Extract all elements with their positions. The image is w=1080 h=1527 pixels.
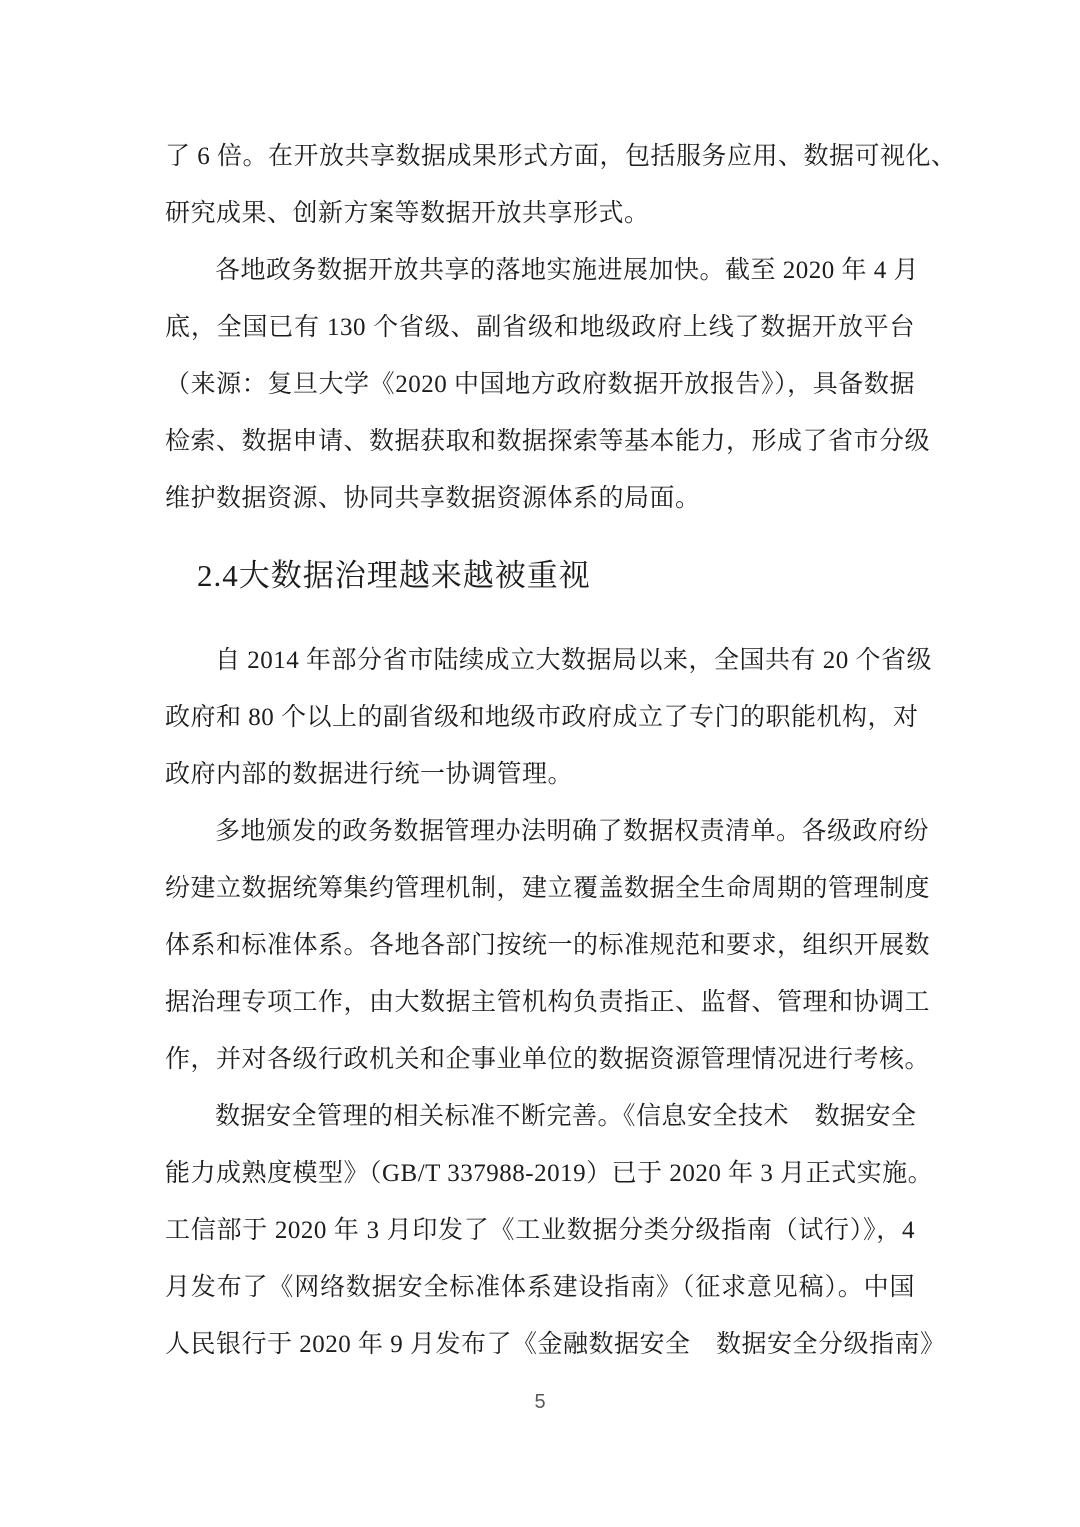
text-line: 体系和标准体系。各地各部门按统一的标准规范和要求，组织开展数 — [165, 917, 915, 974]
paragraph-data-governance: 多地颁发的政务数据管理办法明确了数据权责清单。各级政府纷 纷建立数据统筹集约管理… — [165, 803, 915, 1088]
text-line: 据治理专项工作，由大数据主管机构负责指正、监督、管理和协调工 — [165, 974, 915, 1031]
text-line: 各地政务数据开放共享的落地实施进展加快。截至 2020 年 4 月 — [165, 242, 915, 299]
text-line: 检索、数据申请、数据获取和数据探索等基本能力，形成了省市分级 — [165, 413, 915, 470]
paragraph-data-security-standards: 数据安全管理的相关标准不断完善。《信息安全技术 数据安全 能力成熟度模型》（GB… — [165, 1088, 915, 1373]
text-line: 作，并对各级行政机关和企事业单位的数据资源管理情况进行考核。 — [165, 1031, 915, 1088]
text-line: 能力成熟度模型》（GB/T 337988-2019）已于 2020 年 3 月正… — [165, 1145, 915, 1202]
text-line: 政府和 80 个以上的副省级和地级市政府成立了专门的职能机构，对 — [165, 689, 915, 746]
text-line: 月发布了《网络数据安全标准体系建设指南》（征求意见稿）。中国 — [165, 1259, 915, 1316]
text-line: 工信部于 2020 年 3 月印发了《工业数据分类分级指南（试行）》，4 — [165, 1202, 915, 1259]
paragraph-big-data-bureaus: 自 2014 年部分省市陆续成立大数据局以来，全国共有 20 个省级 政府和 8… — [165, 632, 915, 803]
text-line: 纷建立数据统筹集约管理机制，建立覆盖数据全生命周期的管理制度 — [165, 860, 915, 917]
text-line: 数据安全管理的相关标准不断完善。《信息安全技术 数据安全 — [165, 1088, 915, 1145]
text-line: （来源：复旦大学《2020 中国地方政府数据开放报告》），具备数据 — [165, 356, 915, 413]
text-line: 自 2014 年部分省市陆续成立大数据局以来，全国共有 20 个省级 — [165, 632, 915, 689]
paragraph-open-share-results: 了 6 倍。在开放共享数据成果形式方面，包括服务应用、数据可视化、 研究成果、创… — [165, 128, 915, 242]
text-line: 研究成果、创新方案等数据开放共享形式。 — [165, 185, 915, 242]
text-line: 人民银行于 2020 年 9 月发布了《金融数据安全 数据安全分级指南》 — [165, 1316, 915, 1373]
document-page: 了 6 倍。在开放共享数据成果形式方面，包括服务应用、数据可视化、 研究成果、创… — [0, 0, 1080, 1527]
page-number: 5 — [534, 1391, 545, 1413]
text-line: 政府内部的数据进行统一协调管理。 — [165, 746, 915, 803]
text-line: 了 6 倍。在开放共享数据成果形式方面，包括服务应用、数据可视化、 — [165, 128, 915, 185]
text-line: 维护数据资源、协同共享数据资源体系的局面。 — [165, 470, 915, 527]
section-heading-2-4: 2.4大数据治理越来越被重视 — [197, 544, 915, 608]
page-footer: 5 — [165, 1391, 915, 1414]
text-line: 底，全国已有 130 个省级、副省级和地级政府上线了数据开放平台 — [165, 299, 915, 356]
paragraph-open-platforms: 各地政务数据开放共享的落地实施进展加快。截至 2020 年 4 月 底，全国已有… — [165, 242, 915, 527]
document-body: 了 6 倍。在开放共享数据成果形式方面，包括服务应用、数据可视化、 研究成果、创… — [0, 0, 1080, 1414]
text-line: 多地颁发的政务数据管理办法明确了数据权责清单。各级政府纷 — [165, 803, 915, 860]
